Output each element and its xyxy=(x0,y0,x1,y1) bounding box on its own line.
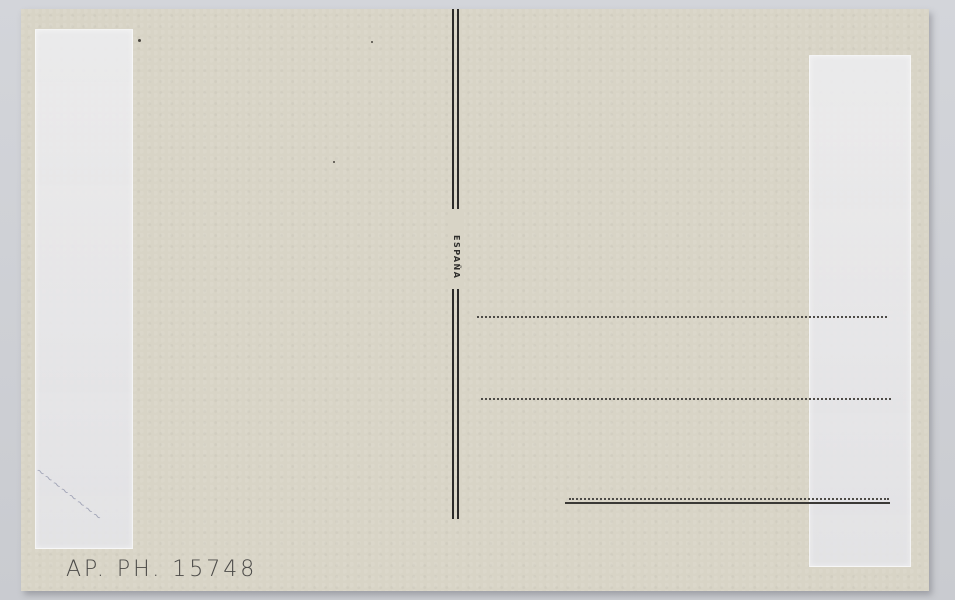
speck xyxy=(333,161,335,163)
country-label: ESPAÑA xyxy=(447,227,465,287)
postcard-back: ~~~~~~~~ ESPAÑA AP. PH. 15748 xyxy=(21,9,929,591)
address-line-2 xyxy=(481,398,891,400)
address-underline xyxy=(565,502,890,504)
address-line-3 xyxy=(569,498,889,500)
speck xyxy=(371,41,373,43)
tape-strip-right xyxy=(809,55,911,567)
speck xyxy=(138,39,141,42)
address-line-1 xyxy=(477,316,887,318)
archive-number: AP. PH. 15748 xyxy=(66,557,257,582)
